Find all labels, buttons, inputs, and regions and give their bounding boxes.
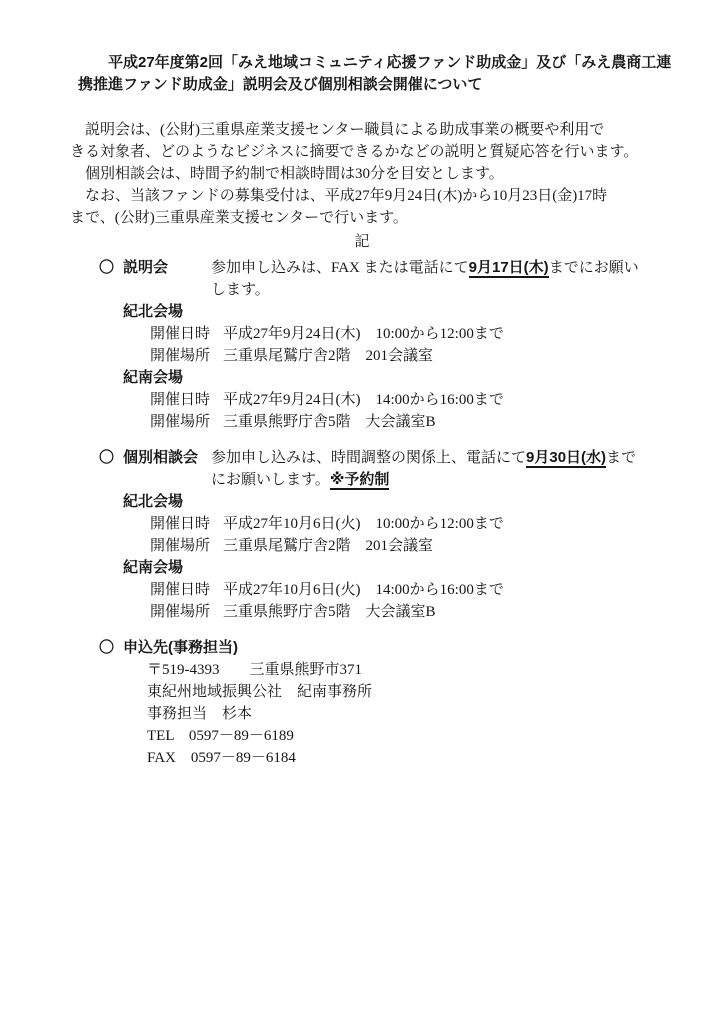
intro-paragraphs: 説明会は、(公財)三重県産業支援センター職員による助成事業の概要や利用で きる対… [70, 119, 654, 229]
detail-value: 三重県尾鷲庁舎2階 201会議室 [223, 345, 433, 367]
venue-detail-row: 開催日時 平成27年10月6日(火) 14:00から16:00まで [150, 579, 654, 601]
application-contact-block: 〒519-4393 三重県熊野市371 東紀州地域振興公社 紀南事務所 事務担当… [147, 659, 654, 769]
document-title: 平成27年度第2回「みえ地域コミュニティ応援ファンド助成金」及び「みえ農商工連 … [78, 52, 654, 96]
venue-detail-row: 開催場所 三重県尾鷲庁舎2階 201会議室 [150, 535, 654, 557]
desc-text: までにお願い [549, 260, 639, 276]
detail-label: 開催日時 [150, 513, 210, 535]
venue-name-kinan: 紀南会場 [123, 367, 654, 389]
venue-name-kinan: 紀南会場 [123, 557, 654, 579]
desc-text: 参加申し込みは、時間調整の関係上、電話にて [211, 450, 526, 466]
detail-value: 三重県尾鷲庁舎2階 201会議室 [223, 535, 433, 557]
venue-detail-row: 開催場所 三重県熊野庁舎5階 大会議室B [150, 411, 654, 433]
application-heading: 申込先(事務担当) [123, 637, 654, 659]
bullet-circle-icon: 〇 [99, 637, 123, 659]
desc-text: にお願いします。 [211, 472, 330, 488]
seminar-header-row: 〇 説明会 参加申し込みは、FAX または電話にて9月17日(木)までにお願い … [70, 257, 654, 301]
application-header-row: 〇 申込先(事務担当) [70, 637, 654, 659]
organization-line: 東紀州地域振興公社 紀南事務所 [147, 681, 654, 703]
detail-value: 三重県熊野庁舎5階 大会議室B [223, 601, 436, 623]
tel-line: TEL 0597－89－6189 [147, 725, 654, 747]
venue-detail-row: 開催場所 三重県尾鷲庁舎2階 201会議室 [150, 345, 654, 367]
fax-line: FAX 0597－89－6184 [147, 747, 654, 769]
detail-label: 開催日時 [150, 579, 210, 601]
detail-value: 平成27年9月24日(木) 14:00から16:00まで [223, 389, 504, 411]
seminar-heading: 説明会 [123, 257, 211, 301]
detail-value: 平成27年10月6日(火) 14:00から16:00まで [223, 579, 504, 601]
consultation-deadline-emphasis: 9月30日(水) [526, 449, 606, 468]
consultation-desc-line-2: にお願いします。※予約制 [211, 469, 654, 491]
section-application: 〇 申込先(事務担当) 〒519-4393 三重県熊野市371 東紀州地域振興公… [70, 637, 654, 769]
seminar-deadline-emphasis: 9月17日(木) [469, 259, 549, 278]
detail-label: 開催場所 [150, 345, 210, 367]
section-seminar: 〇 説明会 参加申し込みは、FAX または電話にて9月17日(木)までにお願い … [70, 257, 654, 433]
detail-label: 開催日時 [150, 323, 210, 345]
intro-line: 個別相談会は、時間予約制で相談時間は30分を目安とします。 [70, 163, 654, 185]
consultation-description: 参加申し込みは、時間調整の関係上、電話にて9月30日(水)まで にお願いします。… [211, 447, 654, 491]
venue-detail-row: 開催日時 平成27年9月24日(木) 10:00から12:00まで [150, 323, 654, 345]
venue-name-kihoku: 紀北会場 [123, 491, 654, 513]
venue-detail-row: 開催日時 平成27年9月24日(木) 14:00から16:00まで [150, 389, 654, 411]
intro-line: なお、当該ファンドの募集受付は、平成27年9月24日(木)から10月23日(金)… [70, 185, 654, 207]
title-line-2: 携推進ファンド助成金」説明会及び個別相談会開催について [78, 74, 654, 96]
consultation-header-row: 〇 個別相談会 参加申し込みは、時間調整の関係上、電話にて9月30日(水)まで … [70, 447, 654, 491]
contact-person-line: 事務担当 杉本 [147, 703, 654, 725]
venue-detail-row: 開催場所 三重県熊野庁舎5階 大会議室B [150, 601, 654, 623]
record-mark: 記 [70, 231, 654, 253]
detail-label: 開催場所 [150, 535, 210, 557]
detail-value: 三重県熊野庁舎5階 大会議室B [223, 411, 436, 433]
desc-text: 参加申し込みは、FAX または電話にて [211, 260, 469, 276]
title-line-1: 平成27年度第2回「みえ地域コミュニティ応援ファンド助成金」及び「みえ農商工連 [78, 52, 654, 74]
bullet-circle-icon: 〇 [99, 447, 123, 491]
seminar-desc-line-2: します。 [211, 279, 654, 301]
detail-label: 開催日時 [150, 389, 210, 411]
venue-detail-row: 開催日時 平成27年10月6日(火) 10:00から12:00まで [150, 513, 654, 535]
desc-text: まで [606, 450, 636, 466]
venue-name-kihoku: 紀北会場 [123, 301, 654, 323]
intro-line: まで、(公財)三重県産業支援センターで行います。 [70, 207, 654, 229]
document-page: 平成27年度第2回「みえ地域コミュニティ応援ファンド助成金」及び「みえ農商工連 … [0, 0, 724, 1024]
bullet-circle-icon: 〇 [99, 257, 123, 301]
reservation-required-emphasis: ※予約制 [330, 471, 390, 490]
detail-value: 平成27年10月6日(火) 10:00から12:00まで [223, 513, 504, 535]
detail-value: 平成27年9月24日(木) 10:00から12:00まで [223, 323, 504, 345]
intro-line: きる対象者、どのようなビジネスに摘要できるかなどの説明と質疑応答を行います。 [70, 141, 654, 163]
intro-line: 説明会は、(公財)三重県産業支援センター職員による助成事業の概要や利用で [70, 119, 654, 141]
detail-label: 開催場所 [150, 411, 210, 433]
section-consultation: 〇 個別相談会 参加申し込みは、時間調整の関係上、電話にて9月30日(水)まで … [70, 447, 654, 623]
postal-address-line: 〒519-4393 三重県熊野市371 [147, 659, 654, 681]
consultation-heading: 個別相談会 [123, 447, 211, 491]
detail-label: 開催場所 [150, 601, 210, 623]
seminar-description: 参加申し込みは、FAX または電話にて9月17日(木)までにお願い します。 [211, 257, 654, 301]
consultation-desc-line-1: 参加申し込みは、時間調整の関係上、電話にて9月30日(水)まで [211, 447, 654, 469]
seminar-desc-line-1: 参加申し込みは、FAX または電話にて9月17日(木)までにお願い [211, 257, 654, 279]
